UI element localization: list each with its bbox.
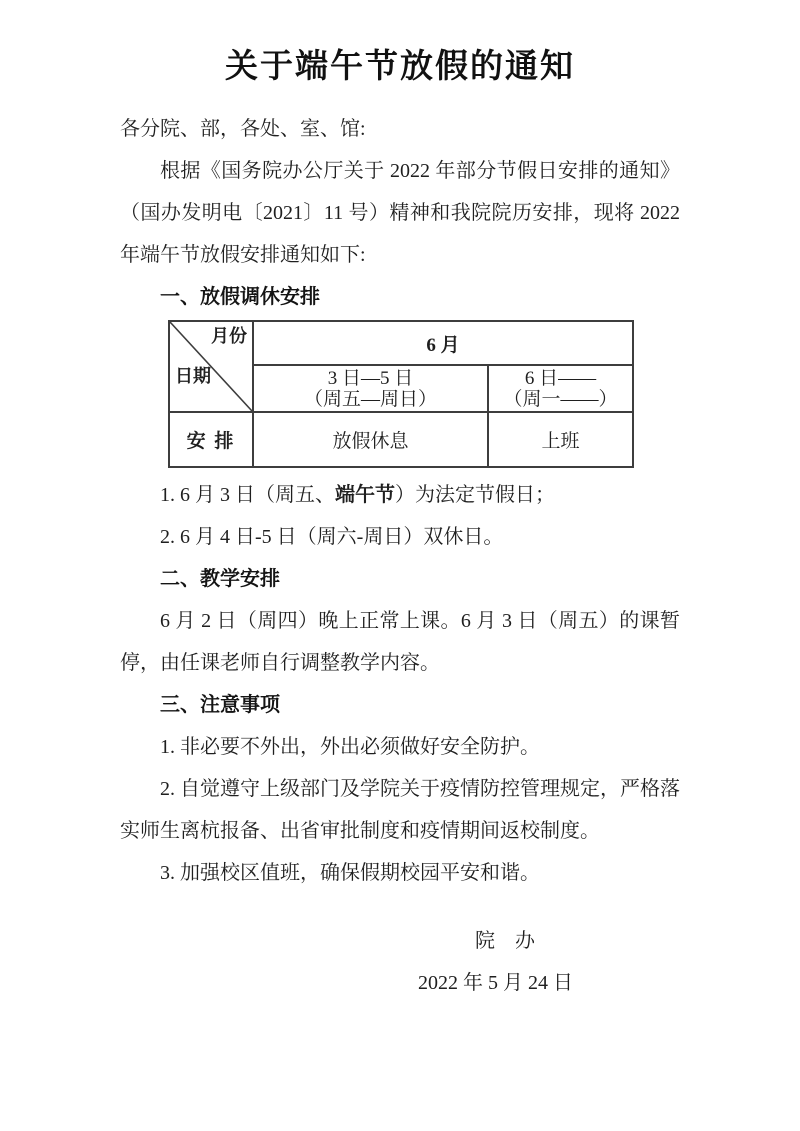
- section-holiday-heading: 一、放假调休安排: [120, 276, 680, 318]
- salutation-line: 各分院、部，各处、室、馆:: [120, 108, 680, 150]
- table-corner-cell: 月份 日期: [169, 321, 253, 412]
- holiday-item-1-prefix: 1. 6 月 3 日（周五、: [160, 484, 335, 506]
- arrangement-label-cell: 安 排: [169, 412, 253, 467]
- signature-block: 院 办 2022 年 5 月 24 日: [120, 920, 680, 1004]
- section-teaching-heading: 二、教学安排: [120, 558, 680, 600]
- page-title: 关于端午节放假的通知: [120, 44, 680, 90]
- teaching-paragraph: 6 月 2 日（周四）晚上正常上课。6 月 3 日（周五）的课暂停，由任课老师自…: [120, 600, 680, 684]
- holiday-item-1-festival: 端午节: [335, 484, 395, 506]
- holiday-schedule-table: 月份 日期 6 月 3 日—5 日 （周五—周日） 6 日—— （周一——）: [168, 320, 634, 468]
- section-notes-heading: 三、注意事项: [120, 684, 680, 726]
- arrangement-work-cell: 上班: [488, 412, 633, 467]
- weekdays-line: （周五—周日）: [254, 389, 487, 410]
- table-row: 安 排 放假休息 上班: [169, 412, 633, 467]
- signature-department: 院 办: [120, 920, 680, 962]
- notice-content: 关于端午节放假的通知 各分院、部，各处、室、馆: 根据《国务院办公厅关于 202…: [120, 0, 680, 1004]
- corner-label-date: 日期: [175, 365, 211, 387]
- holiday-item-1-suffix: ）为法定节假日；: [395, 484, 555, 506]
- table-row: 月份 日期 6 月: [169, 321, 633, 365]
- month-header-cell: 6 月: [253, 321, 633, 365]
- note-item-3: 3. 加强校区值班，确保假期校园平安和谐。: [120, 852, 680, 894]
- dates-line: 6 日——: [489, 368, 632, 389]
- dates-line: 3 日—5 日: [254, 368, 487, 389]
- holiday-item-1: 1. 6 月 3 日（周五、端午节）为法定节假日；: [120, 474, 680, 516]
- signature-date: 2022 年 5 月 24 日: [120, 962, 680, 1004]
- dates-cell-holiday: 3 日—5 日 （周五—周日）: [253, 365, 488, 412]
- note-item-1: 1. 非必要不外出，外出必须做好安全防护。: [120, 726, 680, 768]
- intro-paragraph: 根据《国务院办公厅关于 2022 年部分节假日安排的通知》（国办发明电〔2021…: [120, 150, 680, 276]
- arrangement-holiday-cell: 放假休息: [253, 412, 488, 467]
- note-item-2: 2. 自觉遵守上级部门及学院关于疫情防控管理规定，严格落实师生离杭报备、出省审批…: [120, 768, 680, 852]
- corner-label-month: 月份: [211, 325, 247, 347]
- holiday-item-2: 2. 6 月 4 日-5 日（周六-周日）双休日。: [120, 516, 680, 558]
- dates-cell-workday: 6 日—— （周一——）: [488, 365, 633, 412]
- notice-page: 关于端午节放假的通知 各分院、部，各处、室、馆: 根据《国务院办公厅关于 202…: [0, 0, 800, 1131]
- weekdays-line: （周一——）: [489, 389, 632, 410]
